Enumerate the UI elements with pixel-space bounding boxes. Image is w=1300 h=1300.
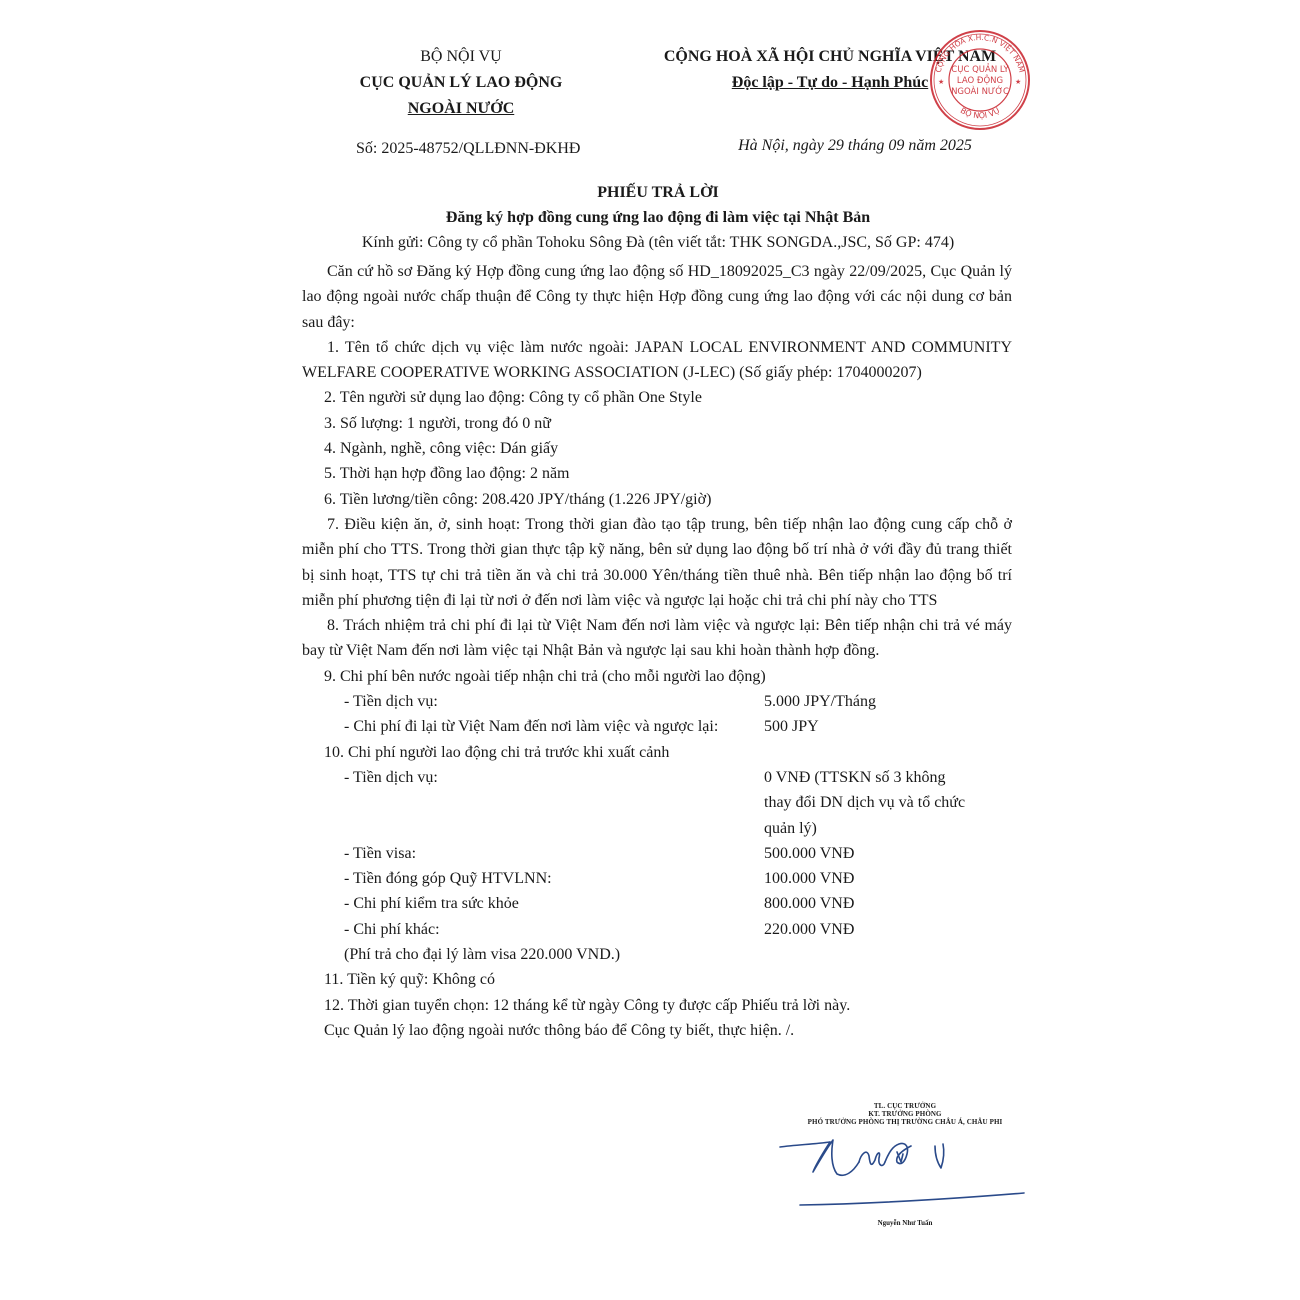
item-11: 11. Tiền ký quỹ: Không có — [302, 967, 1012, 992]
item-7: 7. Điều kiện ăn, ở, sinh hoạt: Trong thờ… — [302, 512, 1012, 613]
cost-row: - Tiền đóng góp Quỹ HTVLNN: 100.000 VNĐ — [302, 866, 1012, 891]
cost-row: - Tiền visa: 500.000 VNĐ — [302, 841, 1012, 866]
cost-label: - Tiền visa: — [302, 841, 722, 866]
intro-paragraph: Căn cứ hồ sơ Đăng ký Hợp đồng cung ứng l… — [302, 259, 1012, 335]
addressee: Kính gửi: Công ty cổ phần Tohoku Sông Đà… — [300, 234, 1016, 252]
item-5: 5. Thời hạn hợp đồng lao động: 2 năm — [302, 461, 1012, 486]
issuing-authority: BỘ NỘI VỤ CỤC QUẢN LÝ LAO ĐỘNG NGOÀI NƯỚ… — [330, 44, 592, 122]
issue-date: Hà Nội, ngày 29 tháng 09 năm 2025 — [700, 137, 1010, 155]
agency-name-line1: CỤC QUẢN LÝ LAO ĐỘNG — [330, 70, 592, 96]
item-4: 4. Ngành, nghề, công việc: Dán giấy — [302, 436, 1012, 461]
cost-row: - Chi phí kiểm tra sức khỏe 800.000 VNĐ — [302, 891, 1012, 916]
document-page: BỘ NỘI VỤ CỤC QUẢN LÝ LAO ĐỘNG NGOÀI NƯỚ… — [0, 0, 1300, 1300]
cost-value: 500.000 VNĐ — [722, 841, 967, 866]
cost-label: - Chi phí đi lại từ Việt Nam đến nơi làm… — [302, 714, 722, 739]
item-2: 2. Tên người sử dụng lao động: Công ty c… — [302, 385, 1012, 410]
agency-name-line2: NGOÀI NƯỚC — [408, 100, 515, 117]
svg-text:★: ★ — [938, 78, 944, 86]
cost-label: - Tiền dịch vụ: — [302, 689, 722, 714]
cost-value: 800.000 VNĐ — [722, 891, 967, 916]
closing-statement: Cục Quản lý lao động ngoài nước thông bá… — [302, 1018, 1012, 1043]
national-motto: Độc lập - Tự do - Hạnh Phúc — [732, 74, 928, 91]
svg-text:LAO ĐỘNG: LAO ĐỘNG — [957, 74, 1003, 86]
item-3: 3. Số lượng: 1 người, trong đó 0 nữ — [302, 411, 1012, 436]
official-stamp-icon: CỘNG HÒA X.H.C.N VIỆT NAM BỘ NỘI VỤ CỤC … — [926, 28, 1034, 132]
cost-value: 500 JPY — [722, 714, 967, 739]
cost-value: 100.000 VNĐ — [722, 866, 967, 891]
svg-text:BỘ NỘI VỤ: BỘ NỘI VỤ — [959, 106, 1002, 120]
ministry-name: BỘ NỘI VỤ — [330, 44, 592, 70]
item-1: 1. Tên tổ chức dịch vụ việc làm nước ngo… — [302, 335, 1012, 386]
cost-label: - Chi phí khác: — [302, 917, 722, 942]
cost-row: - Chi phí đi lại từ Việt Nam đến nơi làm… — [302, 714, 1012, 739]
document-body: Căn cứ hồ sơ Đăng ký Hợp đồng cung ứng l… — [302, 259, 1012, 1043]
cost-row: - Chi phí khác: 220.000 VNĐ — [302, 917, 1012, 942]
cost-value: 220.000 VNĐ — [722, 917, 967, 942]
signatory-title: TL. CỤC TRƯỞNG KT. TRƯỞNG PHÒNG PHÓ TRƯỞ… — [780, 1102, 1030, 1126]
signatory-line3: PHÓ TRƯỞNG PHÒNG THỊ TRƯỜNG CHÂU Á, CHÂU… — [780, 1118, 1030, 1126]
signatory-line2: KT. TRƯỞNG PHÒNG — [780, 1110, 1030, 1118]
signature-underline-icon — [798, 1190, 1028, 1210]
item-10-note: (Phí trả cho đại lý làm visa 220.000 VND… — [302, 942, 1012, 967]
svg-text:NGOÀI NƯỚC: NGOÀI NƯỚC — [951, 85, 1009, 97]
cost-row: - Tiền dịch vụ: 5.000 JPY/Tháng — [302, 689, 1012, 714]
cost-label: - Tiền dịch vụ: — [302, 765, 722, 841]
svg-text:★: ★ — [1015, 78, 1021, 86]
cost-label: - Chi phí kiểm tra sức khỏe — [302, 891, 722, 916]
cost-row: - Tiền dịch vụ: 0 VNĐ (TTSKN số 3 không … — [302, 765, 1012, 841]
cost-value: 5.000 JPY/Tháng — [722, 689, 967, 714]
signer-name: Nguyễn Như Tuấn — [780, 1219, 1030, 1227]
signatory-line1: TL. CỤC TRƯỞNG — [780, 1102, 1030, 1110]
item-9: 9. Chi phí bên nước ngoài tiếp nhận chi … — [302, 664, 1012, 689]
document-title: PHIẾU TRẢ LỜI — [300, 184, 1016, 202]
handwritten-signature-icon — [775, 1132, 955, 1182]
cost-value: 0 VNĐ (TTSKN số 3 không thay đổi DN dịch… — [722, 765, 967, 841]
item-6: 6. Tiền lương/tiền công: 208.420 JPY/thá… — [302, 487, 1012, 512]
document-subtitle: Đăng ký hợp đồng cung ứng lao động đi là… — [300, 209, 1016, 227]
document-number: Số: 2025-48752/QLLĐNN-ĐKHĐ — [356, 140, 580, 158]
svg-text:CỤC QUẢN LÝ: CỤC QUẢN LÝ — [951, 63, 1009, 75]
item-10: 10. Chi phí người lao động chi trả trước… — [302, 740, 1012, 765]
cost-label: - Tiền đóng góp Quỹ HTVLNN: — [302, 866, 722, 891]
item-12: 12. Thời gian tuyển chọn: 12 tháng kể từ… — [302, 993, 1012, 1018]
item-8: 8. Trách nhiệm trả chi phí đi lại từ Việ… — [302, 613, 1012, 664]
